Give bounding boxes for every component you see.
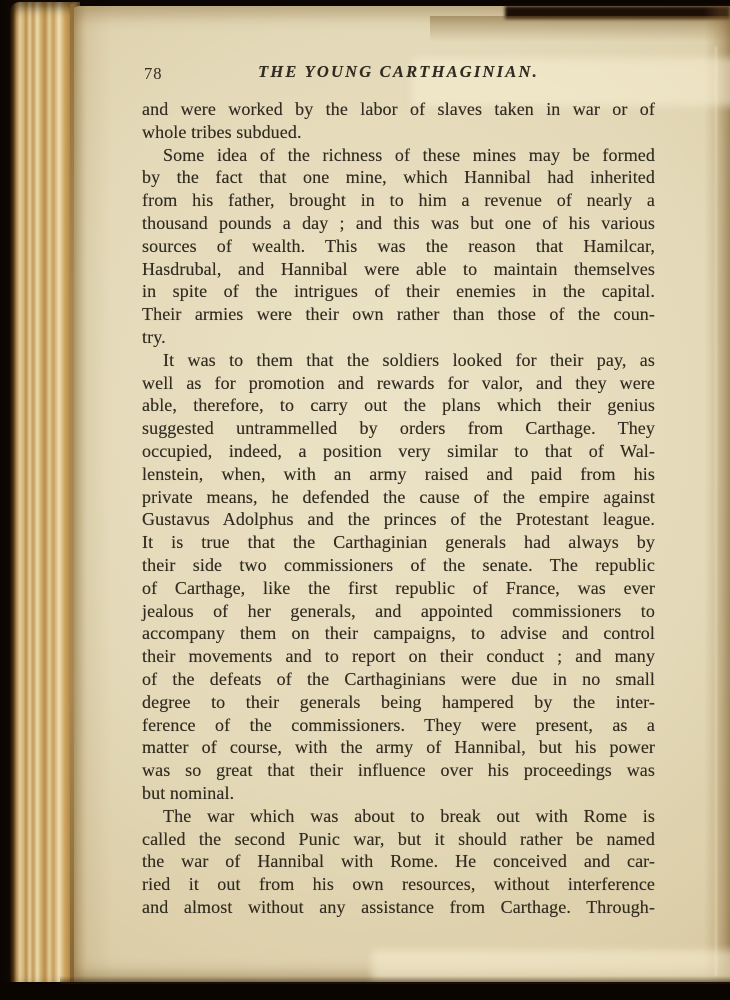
text-line: by the fact that one mine, which Hanniba… — [142, 166, 655, 189]
scanned-book-photo: 78 THE YOUNG CARTHAGINIAN. and were work… — [0, 0, 730, 1000]
text-line: Gustavus Adolphus and the princes of the… — [142, 508, 655, 531]
text-line: The war which was about to break out wit… — [142, 805, 655, 828]
text-line: was so great that their influence over h… — [142, 759, 655, 782]
text-line: their side two commissioners of the sena… — [142, 554, 655, 577]
text-line: in spite of the intrigues of their enemi… — [142, 280, 655, 303]
text-line: matter of course, with the army of Hanni… — [142, 736, 655, 759]
text-line: well as for promotion and rewards for va… — [142, 372, 655, 395]
text-line: It is true that the Carthaginian general… — [142, 531, 655, 554]
text-line: occupied, indeed, a position very simila… — [142, 440, 655, 463]
text-line: of Carthage, like the first republic of … — [142, 577, 655, 600]
text-line: Their armies were their own rather than … — [142, 303, 655, 326]
text-line: ference of the commissioners. They were … — [142, 714, 655, 737]
text-line: accompany them on their campaigns, to ad… — [142, 622, 655, 645]
text-line: called the second Punic war, but it shou… — [142, 828, 655, 851]
text-line: of the defeats of the Carthaginians were… — [142, 668, 655, 691]
text-line: Hasdrubal, and Hannibal were able to mai… — [142, 258, 655, 281]
running-title: THE YOUNG CARTHAGINIAN. — [142, 62, 655, 82]
text-line: thousand pounds a day ; and this was but… — [142, 212, 655, 235]
text-line: able, therefore, to carry out the plans … — [142, 394, 655, 417]
page-crease — [70, 4, 74, 986]
page-right-fold-highlight — [715, 46, 717, 976]
page-header: 78 THE YOUNG CARTHAGINIAN. — [142, 62, 655, 86]
page-top-shade — [430, 16, 730, 42]
text-line: lenstein, when, with an army raised and … — [142, 463, 655, 486]
text-line: from his father, brought in to him a rev… — [142, 189, 655, 212]
text-line: It was to them that the soldiers looked … — [142, 349, 655, 372]
text-line: but nominal. — [142, 782, 655, 805]
text-line: degree to their generals being hampered … — [142, 691, 655, 714]
text-line: jealous of her generals, and appointed c… — [142, 600, 655, 623]
page-body: and were worked by the labor of slaves t… — [142, 98, 655, 919]
text-line: Some idea of the richness of these mines… — [142, 144, 655, 167]
book-page: 78 THE YOUNG CARTHAGINIAN. and were work… — [72, 6, 730, 984]
text-line: sources of wealth. This was the reason t… — [142, 235, 655, 258]
text-line: the war of Hannibal with Rome. He concei… — [142, 850, 655, 873]
text-line: whole tribes subdued. — [142, 121, 655, 144]
page-right-shade — [704, 6, 730, 1000]
text-line: ried it out from his own resources, with… — [142, 873, 655, 896]
text-line: try. — [142, 326, 655, 349]
page-content: 78 THE YOUNG CARTHAGINIAN. and were work… — [142, 62, 655, 919]
text-line: and were worked by the labor of slaves t… — [142, 98, 655, 121]
text-line: and almost without any assistance from C… — [142, 896, 655, 919]
text-line: suggested untrammelled by orders from Ca… — [142, 417, 655, 440]
book-bottom-edge — [0, 982, 730, 1000]
text-line: private means, he defended the cause of … — [142, 486, 655, 509]
text-line: their movements and to report on their c… — [142, 645, 655, 668]
